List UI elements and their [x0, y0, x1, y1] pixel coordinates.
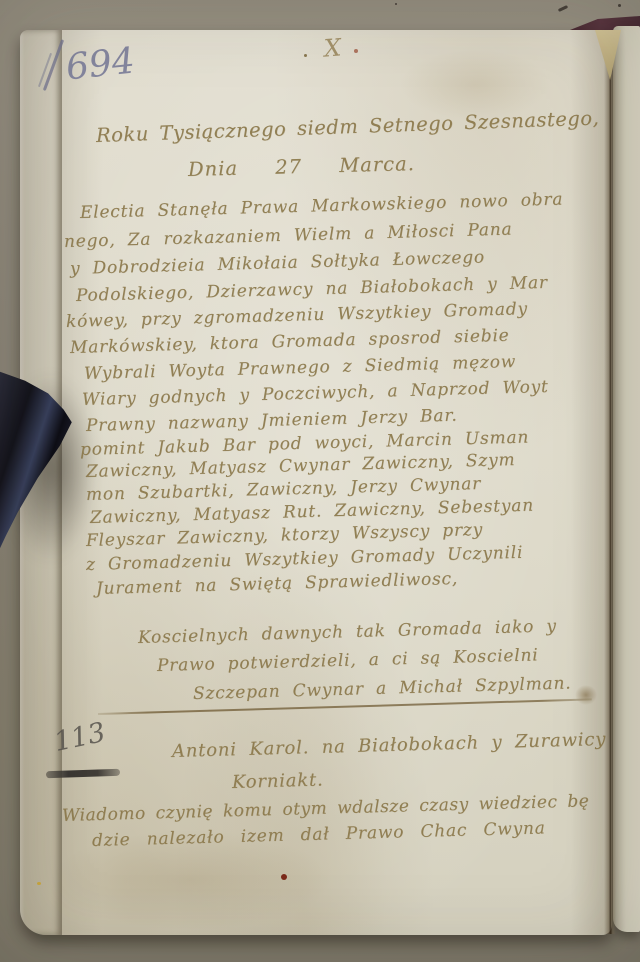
page-stain	[575, 685, 597, 705]
background-speck	[395, 3, 397, 5]
gutter-shadow	[604, 34, 616, 934]
heading-line: Korniakt.	[232, 769, 324, 793]
quire-mark: X	[323, 33, 342, 62]
background-speck	[558, 5, 568, 12]
facing-page-edge	[613, 26, 640, 932]
background-speck	[618, 4, 621, 7]
page-number-pencil: 694	[64, 41, 137, 89]
fore-edge-fleck	[37, 882, 41, 885]
ink-blot	[281, 874, 287, 880]
ink-blot	[354, 49, 358, 53]
ink-blot	[304, 54, 307, 57]
manuscript-photo: 694 X Roku Tysiącznego siedm Setnego Sze…	[0, 0, 640, 962]
